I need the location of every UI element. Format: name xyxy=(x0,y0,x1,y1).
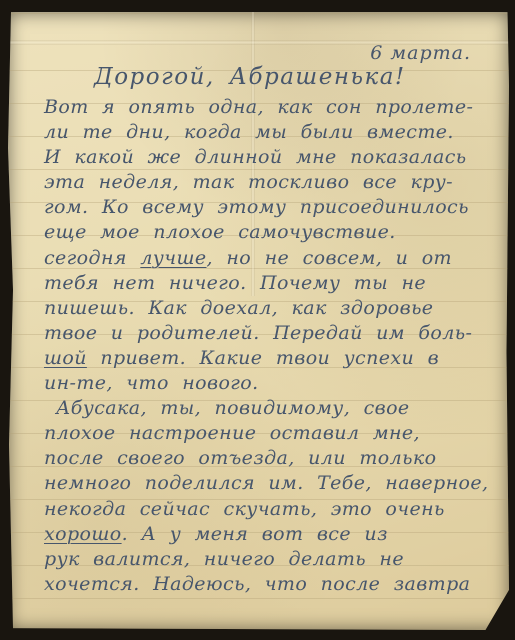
letter-line: И какой же длинной мне показалась xyxy=(44,146,501,171)
letter-line: немного поделился им. Тебе, наверное, xyxy=(44,472,501,497)
letter-line: ин-те, что нового. xyxy=(44,372,501,397)
letter-line: твое и родителей. Передай им боль- xyxy=(44,322,501,347)
letter-line: ли те дни, когда мы были вместе. xyxy=(44,121,501,146)
letter-line: еще мое плохое самочувствие. xyxy=(44,221,501,246)
letter-line: Абусака, ты, повидимому, свое xyxy=(44,397,501,422)
photo-background: 6 марта. Дорогой, Абрашенька! Вот я опят… xyxy=(0,0,515,640)
letter-body: Вот я опять одна, как сон пролете- ли те… xyxy=(44,96,501,598)
letter-line: хорошо. А у меня вот все из xyxy=(44,523,501,548)
letter-line: шой привет. Какие твои успехи в xyxy=(44,347,501,372)
letter-line: после своего отъезда, или только xyxy=(44,447,501,472)
letter-line: рук валится, ничего делать не xyxy=(44,548,501,573)
letter-salutation: Дорогой, Абрашенька! xyxy=(94,64,406,90)
letter-line: эта неделя, так тоскливо все кру- xyxy=(44,171,501,196)
letter-line: сегодня лучше, но не совсем, и от xyxy=(44,247,501,272)
letter-line: пишешь. Как доехал, как здоровье xyxy=(44,297,501,322)
letter-line: хочется. Надеюсь, что после завтра xyxy=(44,573,501,598)
letter-line: гом. Ко всему этому присоединилось xyxy=(44,196,501,221)
letter-date: 6 марта. xyxy=(370,42,471,64)
letter-paper: 6 марта. Дорогой, Абрашенька! Вот я опят… xyxy=(8,12,509,630)
letter-line: Вот я опять одна, как сон пролете- xyxy=(44,96,501,121)
letter-line: некогда сейчас скучать, это очень xyxy=(44,498,501,523)
letter-line: плохое настроение оставил мне, xyxy=(44,422,501,447)
letter-line: тебя нет ничего. Почему ты не xyxy=(44,272,501,297)
